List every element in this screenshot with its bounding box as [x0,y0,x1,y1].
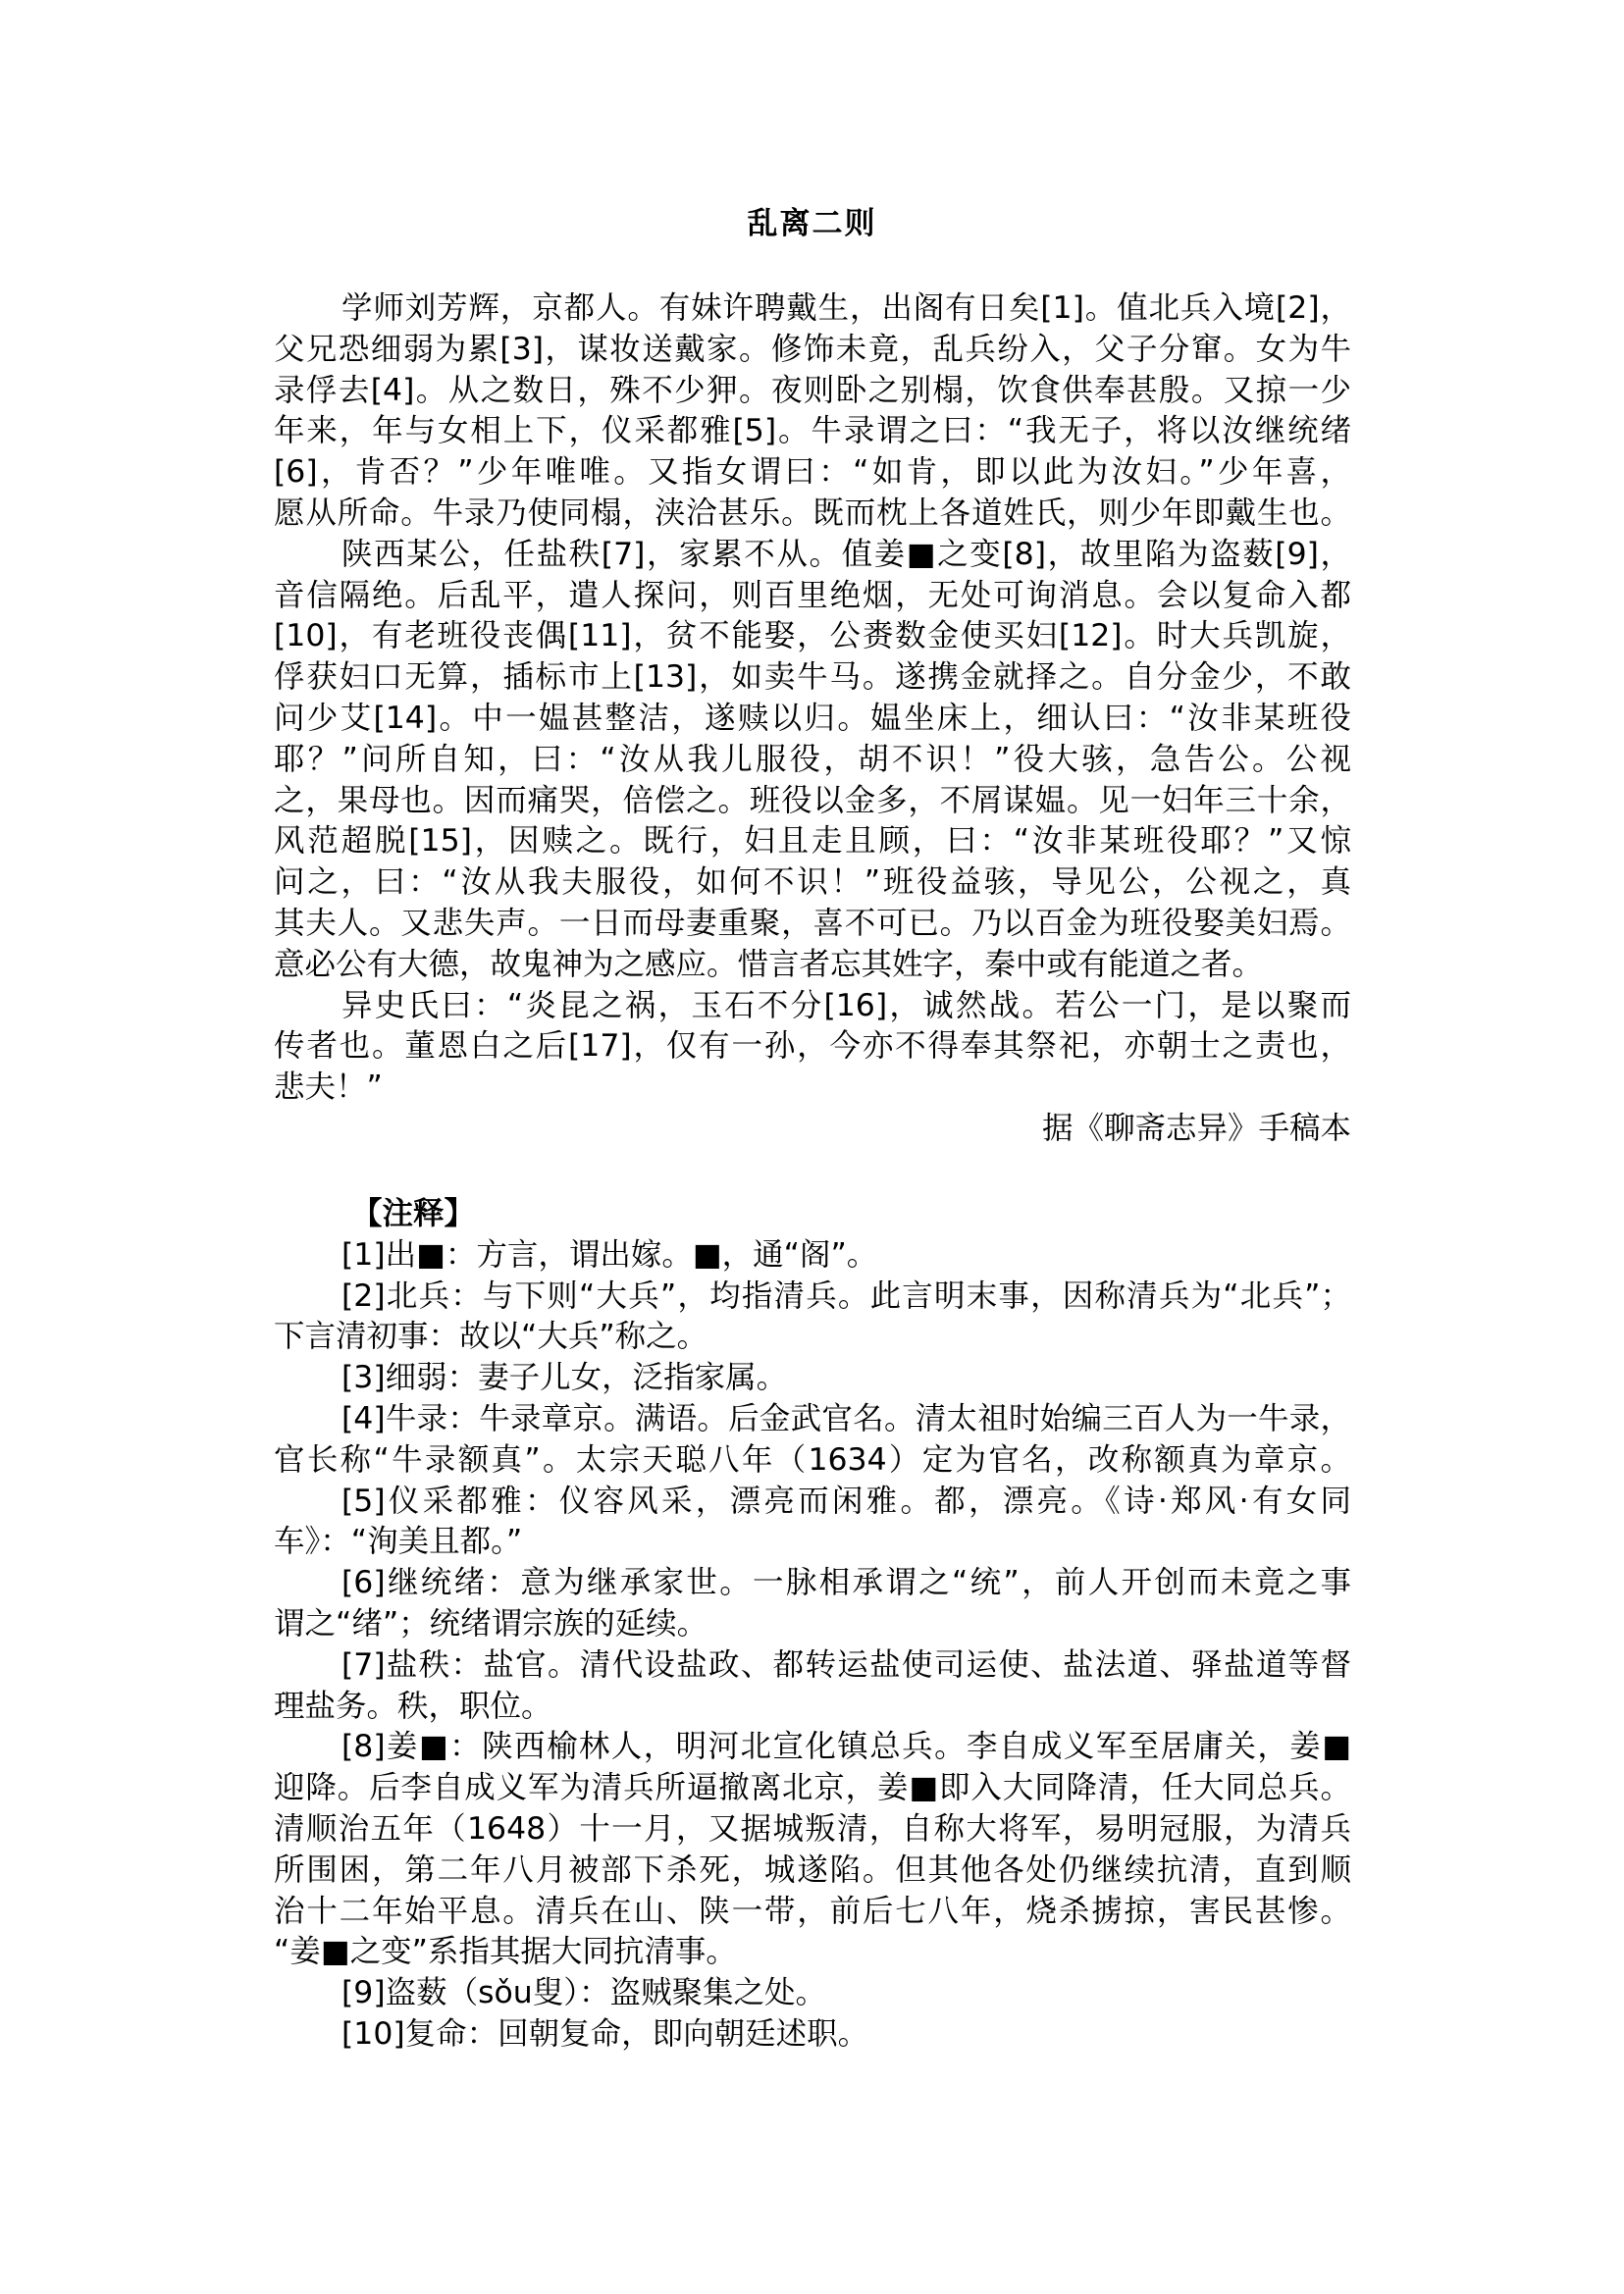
note-line: 理盐务。秩，职位。 [274,1687,1351,1728]
note-line: [3]细弱：妻子儿女，泛指家属。 [274,1358,1351,1399]
document-title: 乱离二则 [0,204,1624,243]
main-text-line: 耶？”问所自知，曰：“汝从我儿服役，胡不识！”役大骇，急告公。公视 [274,740,1351,781]
main-text-line: 传者也。董恩白之后[17]，仅有一孙，今亦不得奉其祭祀，亦朝士之责也， [274,1026,1351,1068]
notes-section: 【注释】[1]出■：方言，谓出嫁。■，通“阁”。[2]北兵：与下则“大兵”，均指… [274,1194,1351,2056]
note-line: [7]盐秩：盐官。清代设盐政、都转运盐使司运使、盐法道、驿盐道等督 [274,1645,1351,1687]
notes-heading: 【注释】 [274,1194,1351,1235]
note-line: [8]姜■：陕西榆林人，明河北宣化镇总兵。李自成义军至居庸关，姜■ [274,1727,1351,1768]
main-text-line: [10]，有老班役丧偶[11]，贫不能娶，公赉数金使买妇[12]。时大兵凯旋， [274,616,1351,657]
note-line: 治十二年始平息。清兵在山、陕一带，前后七八年，烧杀掳掠，害民甚惨。 [274,1892,1351,1933]
note-line: “姜■之变”系指其据大同抗清事。 [274,1932,1351,1973]
main-text-line: 俘获妇口无算，插标市上[13]，如卖牛马。遂携金就择之。自分金少，不敢 [274,657,1351,699]
note-line: 下言清初事：故以“大兵”称之。 [274,1317,1351,1358]
note-line: 所围困，第二年八月被部下杀死，城遂陷。但其他各处仍继续抗清，直到顺 [274,1851,1351,1892]
main-text-line: 风范超脱[15]，因赎之。既行，妇且走且顾，曰：“汝非某班役耶？”又惊 [274,821,1351,862]
main-text-line: 问少艾[14]。中一媪甚整洁，遂赎以归。媪坐床上，细认曰：“汝非某班役 [274,699,1351,740]
note-line: 迎降。后李自成义军为清兵所逼撤离北京，姜■即入大同降清，任大同总兵。 [274,1768,1351,1809]
main-text-line: 之，果母也。因而痛哭，倍偿之。班役以金多，不屑谋媪。见一妇年三十余， [274,781,1351,822]
note-line: [5]仪采都雅：仪容风采，漂亮而闲雅。都，漂亮。《诗·郑风·有女同 [274,1482,1351,1523]
source-citation: 据《聊斋志异》手稿本 [274,1109,1351,1150]
note-line: [1]出■：方言，谓出嫁。■，通“阁”。 [274,1235,1351,1277]
main-text-line: 陕西某公，任盐秩[7]，家累不从。值姜■之变[8]，故里陷为盗薮[9]， [274,535,1351,576]
main-text-line: 愿从所命。牛录乃使同榻，浃洽甚乐。既而枕上各道姓氏，则少年即戴生也。 [274,494,1351,535]
main-text-line: 年来，年与女相上下，仪采都雅[5]。牛录谓之曰：“我无子，将以汝继统绪 [274,411,1351,452]
note-line: [9]盗薮（sǒu叟）：盗贼聚集之处。 [274,1973,1351,2014]
main-text-line: 学师刘芳辉，京都人。有妹许聘戴生，出阁有日矣[1]。值北兵入境[2]， [274,288,1351,330]
main-text-line: 其夫人。又悲失声。一日而母妻重聚，喜不可已。乃以百金为班役娶美妇焉。 [274,904,1351,945]
note-line: 谓之“绪”；统绪谓宗族的延续。 [274,1604,1351,1645]
main-text-line: [6]，肯否？”少年唯唯。又指女谓曰：“如肯，即以此为汝妇。”少年喜， [274,452,1351,494]
note-line: [4]牛录：牛录章京。满语。后金武官名。清太祖时始编三百人为一牛录， [274,1399,1351,1440]
note-line: [6]继统绪：意为继承家世。一脉相承谓之“统”，前人开创而未竟之事 [274,1563,1351,1604]
document-page: 乱离二则 学师刘芳辉，京都人。有妹许聘戴生，出阁有日矣[1]。值北兵入境[2]，… [0,0,1624,2294]
main-text: 学师刘芳辉，京都人。有妹许聘戴生，出阁有日矣[1]。值北兵入境[2]，父兄恐细弱… [274,288,1351,1150]
main-text-line: 异史氏曰：“炎昆之祸，玉石不分[16]，诚然战。若公一门，是以聚而 [274,986,1351,1027]
note-line: [10]复命：回朝复命，即向朝廷述职。 [274,2014,1351,2056]
note-line: 车》：“洵美且都。” [274,1522,1351,1563]
main-text-line: 音信隔绝。后乱平，遣人探问，则百里绝烟，无处可询消息。会以复命入都 [274,576,1351,617]
main-text-line: 父兄恐细弱为累[3]，谋妆送戴家。修饰未竟，乱兵纷入，父子分窜。女为牛 [274,330,1351,371]
note-line: 官长称“牛录额真”。太宗天聪八年（1634）定为官名，改称额真为章京。 [274,1440,1351,1482]
main-text-line: 问之，曰：“汝从我夫服役，如何不识！”班役益骇，导见公，公视之，真 [274,862,1351,904]
note-line: [2]北兵：与下则“大兵”，均指清兵。此言明末事，因称清兵为“北兵”； [274,1277,1351,1318]
main-text-line: 悲夫！” [274,1068,1351,1109]
note-line: 清顺治五年（1648）十一月，又据城叛清，自称大将军，易明冠服，为清兵 [274,1809,1351,1851]
main-text-line: 意必公有大德，故鬼神为之感应。惜言者忘其姓字，秦中或有能道之者。 [274,945,1351,986]
main-text-line: 录俘去[4]。从之数日，殊不少狎。夜则卧之别榻，饮食供奉甚殷。又掠一少 [274,371,1351,412]
